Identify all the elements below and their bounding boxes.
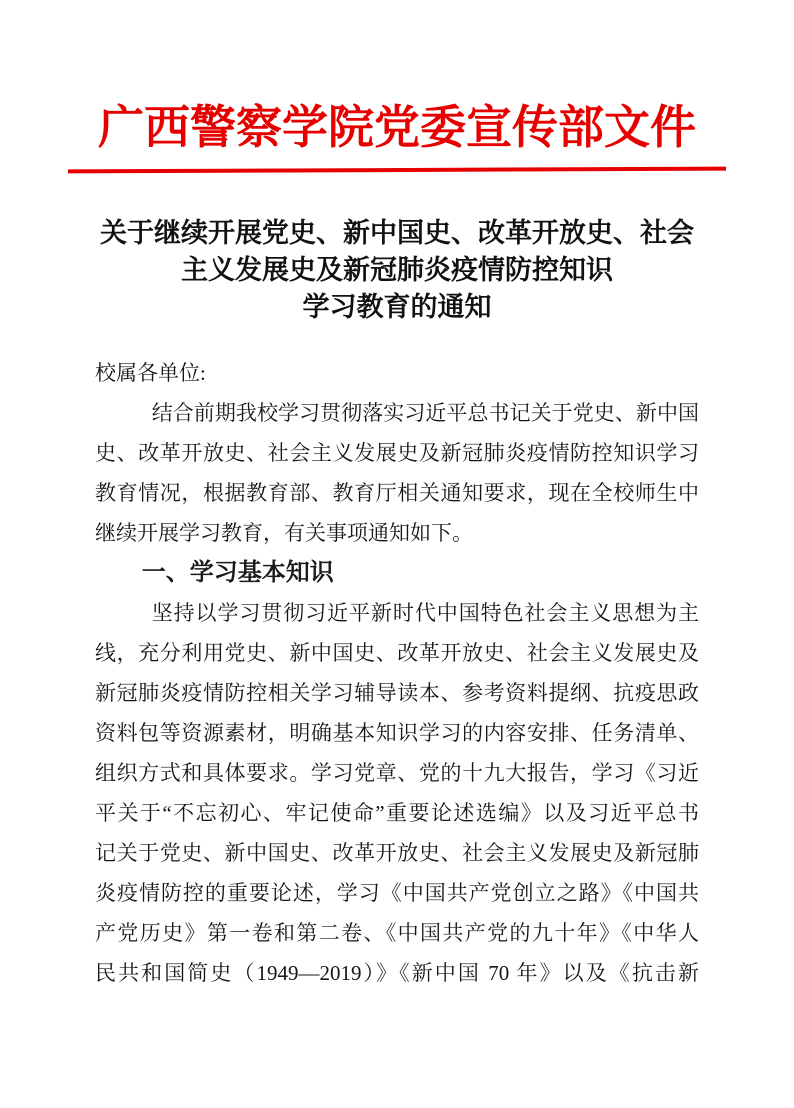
document-title-line: 主义发展史及新冠肺炎疫情防控知识 — [95, 252, 699, 289]
text-line: 结合前期我校学习贯彻落实习近平总书记关于党史、新中国 — [95, 393, 699, 433]
text-line: 民共和国简史（1949—2019）》《新中国 70 年》以及《抗击新 — [95, 953, 699, 993]
text-line: 炎疫情防控的重要论述，学习《中国共产党创立之路》《中国共 — [95, 873, 699, 913]
text-line: 新冠肺炎疫情防控相关学习辅导读本、参考资料提纲、抗疫思政 — [95, 673, 699, 713]
text-line: 坚持以学习贯彻习近平新时代中国特色社会主义思想为主 — [95, 593, 699, 633]
text-line: 记关于党史、新中国史、改革开放史、社会主义发展史及新冠肺 — [95, 833, 699, 873]
red-divider-line — [68, 167, 726, 174]
text-line: 产党历史》第一卷和第二卷、《中国共产党的九十年》《中华人 — [95, 913, 699, 953]
document-title-line: 学习教育的通知 — [95, 289, 699, 326]
document-page: 广西警察学院党委宣传部文件 关于继续开展党史、新中国史、改革开放史、社会主义发展… — [0, 0, 794, 1108]
salutation: 校属各单位: — [95, 353, 699, 393]
section-1-heading: 一、学习基本知识 — [95, 553, 699, 593]
paragraph-1: 结合前期我校学习贯彻落实习近平总书记关于党史、新中国史、改革开放史、社会主义发展… — [95, 393, 699, 553]
text-line: 资料包等资源素材，明确基本知识学习的内容安排、任务清单、 — [95, 713, 699, 753]
text-line: 继续开展学习教育，有关事项通知如下。 — [95, 513, 699, 553]
document-title: 关于继续开展党史、新中国史、改革开放史、社会主义发展史及新冠肺炎疫情防控知识学习… — [95, 215, 699, 326]
text-line: 教育情况，根据教育部、教育厅相关通知要求，现在全校师生中 — [95, 473, 699, 513]
document-header-title: 广西警察学院党委宣传部文件 — [95, 96, 699, 160]
document-body: 校属各单位: 结合前期我校学习贯彻落实习近平总书记关于党史、新中国史、改革开放史… — [95, 353, 699, 993]
text-line: 线，充分利用党史、新中国史、改革开放史、社会主义发展史及 — [95, 633, 699, 673]
text-line: 平关于“不忘初心、牢记使命”重要论述选编》以及习近平总书 — [95, 793, 699, 833]
text-line: 组织方式和具体要求。学习党章、党的十九大报告，学习《习近 — [95, 753, 699, 793]
text-line: 史、改革开放史、社会主义发展史及新冠肺炎疫情防控知识学习 — [95, 433, 699, 473]
paragraph-2: 坚持以学习贯彻习近平新时代中国特色社会主义思想为主线，充分利用党史、新中国史、改… — [95, 593, 699, 993]
document-title-line: 关于继续开展党史、新中国史、改革开放史、社会 — [95, 215, 699, 252]
